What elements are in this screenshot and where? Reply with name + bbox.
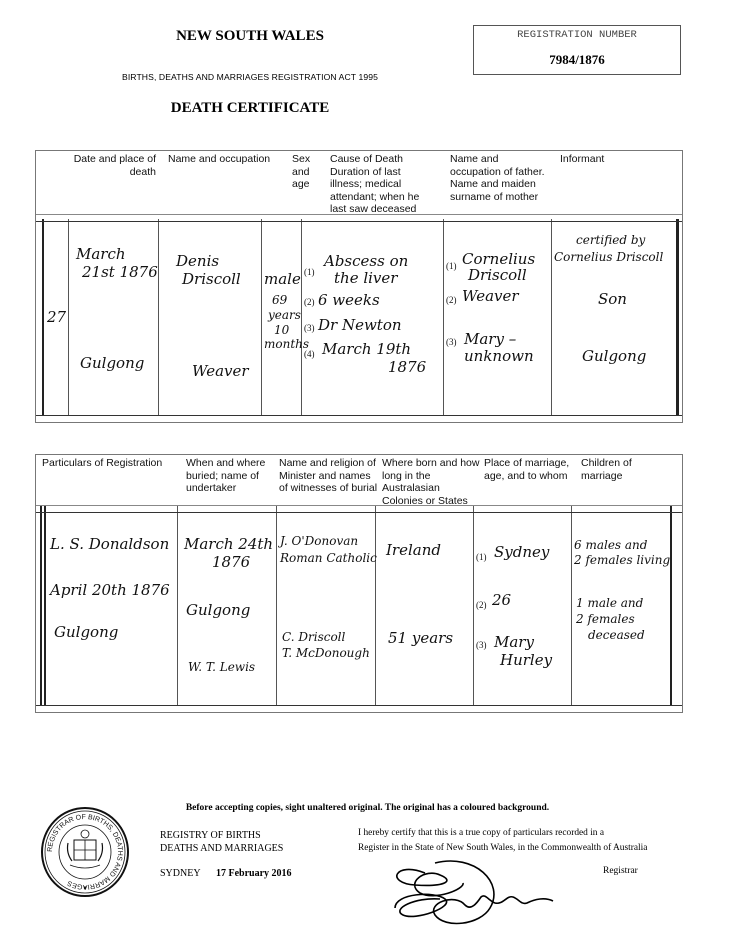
registration-number: 7984/1876 [474,52,680,68]
registration-date: April 20th 1876 [50,582,170,599]
spouse-first-name: Mary [494,634,534,651]
entry-top-rule [36,221,682,222]
age-years: 69 [272,293,287,307]
date-of-death-line1: March [76,246,126,263]
informant-certified: certified by [576,233,645,247]
col-cause-of-death: Cause of Death Duration of last illness;… [330,153,430,216]
state-heading: NEW SOUTH WALES [160,28,340,45]
years-in-colony: 51 years [388,630,453,647]
column-rule [158,219,159,416]
undertaker: W. T. Lewis [188,660,255,674]
entry-bottom-rule [36,415,682,416]
col-name-occupation: Name and occupation [168,153,283,166]
registrar-signature-icon [385,853,585,933]
item-marker: (1) [304,267,315,277]
item-marker: (2) [476,600,487,610]
death-entry-scan: 27 March 21st 1876 Gulgong Denis Driscol… [36,215,682,422]
col-burial: When and where buried; name of undertake… [186,457,266,495]
informant-place: Gulgong [582,348,646,365]
age-months-label: months [264,337,309,351]
item-marker: (1) [476,552,487,562]
registrar-name: L. S. Donaldson [50,536,169,553]
column-rule [473,506,474,706]
col-sex-age: Sex and age [292,153,316,191]
children-deceased-line1: 1 male and [576,596,643,610]
registrar-label: Registrar [603,866,638,876]
item-marker: (1) [446,261,457,271]
entry-bottom-rule [36,705,682,706]
minister-name: J. O'Donovan [280,534,358,548]
registry-line-2: DEATHS AND MARRIAGES [160,842,283,855]
col-born: Where born and how long in the Australas… [382,457,482,507]
informant-relationship: Son [598,291,627,308]
col-minister: Name and religion of Minister and names … [279,457,379,495]
column-rule [261,219,262,416]
col-marriage: Place of marriage, age, and to whom [484,457,574,482]
marriage-place: Sydney [494,544,549,561]
column-rule [68,219,69,416]
column-rule [551,219,552,416]
entry-top-rule [36,512,682,513]
deceased-surname: Driscoll [182,271,241,288]
margin-rule [42,219,44,416]
age-months: 10 [274,323,289,337]
item-marker: (3) [476,640,487,650]
certification-statement: I hereby certify that this is a true cop… [358,826,647,856]
issue-city: SYDNEY [160,868,201,879]
deceased-first-name: Denis [176,253,219,270]
father-occupation: Weaver [462,288,519,305]
column-rule [443,219,444,416]
burial-place: Gulgong [186,602,250,619]
column-rule [301,219,302,416]
place-of-death: Gulgong [80,355,144,372]
medical-attendant: Dr Newton [318,317,402,334]
death-details-panel: Date and place of death Name and occupat… [35,150,683,423]
children-living-line1: 6 males and [574,538,647,552]
certify-line-1: I hereby certify that this is a true cop… [358,826,647,841]
registry-seal-icon: REGISTRAR OF BIRTHS, DEATHS AND MARRIAGE… [40,807,130,897]
col-date-place: Date and place of death [64,153,156,178]
issue-date: 17 February 2016 [216,868,292,879]
burial-year: 1876 [212,554,250,571]
item-marker: (3) [304,323,315,333]
witness-2: T. McDonough [282,646,370,660]
witness-1: C. Driscoll [282,630,345,644]
column-rule [375,506,376,706]
cause-of-death-line2: the liver [334,270,397,287]
act-subheading: BIRTHS, DEATHS AND MARRIAGES REGISTRATIO… [100,72,400,82]
deceased-occupation: Weaver [192,363,249,380]
last-seen-date: March 19th [322,341,411,358]
registration-label: REGISTRATION NUMBER [474,29,680,41]
age-years-label: years [268,308,301,322]
margin-rule [40,506,42,706]
col-children: Children of marriage [581,457,661,482]
margin-rule [676,219,679,416]
margin-rule [44,506,46,706]
col-father-mother: Name and occupation of father. Name and … [450,153,550,203]
birthplace: Ireland [386,542,441,559]
col-informant: Informant [560,153,660,166]
children-deceased-line2: 2 females [576,612,635,626]
informant-name: Cornelius Driscoll [554,250,663,264]
entry-number: 27 [47,309,66,326]
registration-number-box: REGISTRATION NUMBER 7984/1876 [473,25,681,75]
marriage-age: 26 [492,592,511,609]
margin-rule [670,506,672,706]
last-seen-year: 1876 [388,359,426,376]
item-marker: (2) [304,297,315,307]
col-particulars: Particulars of Registration [42,457,177,470]
children-living-line2: 2 females living [574,553,670,567]
children-deceased-line3: deceased [588,628,645,642]
mother-surname: unknown [464,348,534,365]
date-of-death-line2: 21st 1876 [82,264,158,281]
burial-date: March 24th [184,536,273,553]
spouse-surname: Hurley [500,652,552,669]
registry-name: REGISTRY OF BIRTHS DEATHS AND MARRIAGES [160,829,283,855]
column-rule [571,506,572,706]
illness-duration: 6 weeks [318,292,380,309]
minister-religion: Roman Catholic [280,551,377,565]
cause-of-death-line1: Abscess on [324,253,408,270]
registration-entry-scan: L. S. Donaldson April 20th 1876 Gulgong … [36,506,682,712]
certificate-title: DEATH CERTIFICATE [150,100,350,117]
column-rule [276,506,277,706]
registry-line-1: REGISTRY OF BIRTHS [160,829,283,842]
item-marker: (2) [446,295,457,305]
father-surname: Driscoll [468,267,527,284]
item-marker: (3) [446,337,457,347]
sex: male [264,271,301,288]
registration-details-panel: Particulars of Registration When and whe… [35,454,683,713]
registration-place: Gulgong [54,624,118,641]
column-rule [177,506,178,706]
item-marker: (4) [304,349,315,359]
mother-first-name: Mary – [464,331,516,348]
